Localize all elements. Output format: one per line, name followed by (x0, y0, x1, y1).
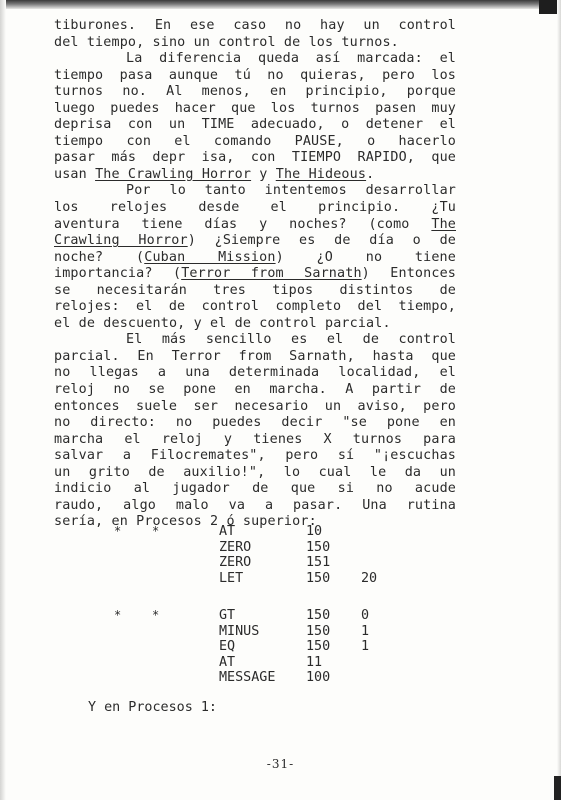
code-row: MINUS1501 (54, 624, 456, 640)
code-command: ZERO (219, 555, 251, 571)
text-line: entonces suele ser necesario un aviso, p… (54, 399, 456, 416)
underlined-title: Crawling Horror (54, 233, 188, 248)
scan-edge-left (0, 0, 6, 800)
code-arg-1: 10 (306, 524, 322, 540)
code-command: MESSAGE (219, 670, 275, 686)
text-line: salvar a Filocremates", pero sí "¡escuch… (54, 448, 456, 465)
code-row: EQ1501 (54, 639, 456, 655)
text-line: El más sencillo es el de control (54, 332, 456, 349)
underlined-title: The (431, 217, 456, 232)
code-arg-2: 0 (361, 608, 369, 624)
asterisk-icon: * (114, 524, 121, 540)
text-line: turnos no. Al menos, en principio, porqu… (54, 84, 456, 101)
text-line: el de descuento, y el de control parcial… (54, 316, 456, 333)
text-line: Crawling Horror) ¿Siempre es de día o de (54, 233, 456, 250)
code-row: AT11 (54, 655, 456, 671)
code-row: MESSAGE100 (54, 670, 456, 686)
underlined-title: Cuban Mission (144, 250, 275, 265)
text-line: tiburones. En ese caso no hay un control (54, 18, 456, 35)
code-command: GT (219, 608, 235, 624)
closing-line: Y en Procesos 1: (88, 700, 217, 715)
code-command: AT (219, 655, 235, 671)
text-line: del tiempo, sino un control de los turno… (54, 35, 456, 52)
code-arg-1: 150 (306, 639, 330, 655)
scan-edge-right (557, 0, 561, 800)
code-arg-2: 1 (361, 639, 369, 655)
code-command: AT (219, 524, 235, 540)
code-arg-1: 11 (306, 655, 322, 671)
body-text: tiburones. En ese caso no hay un control… (54, 18, 456, 531)
code-command: EQ (219, 639, 235, 655)
text-line: noche? (Cuban Mission) ¿O no tiene (54, 250, 456, 267)
code-arg-2: 20 (361, 571, 377, 587)
asterisk-icon: * (114, 608, 121, 624)
code-row: ZERO151 (54, 555, 456, 571)
text-line: relojes: el de control completo del tiem… (54, 299, 456, 316)
text-line: Por lo tanto intentemos desarrollar (54, 183, 456, 200)
text-line: luego puedes hacer que los turnos pasen … (54, 101, 456, 118)
code-arg-1: 150 (306, 540, 330, 556)
code-arg-2: 1 (361, 624, 369, 640)
text-line: un grito de auxilio!", lo cual le da un (54, 465, 456, 482)
text-line: los relojes desde el principio. ¿Tu (54, 200, 456, 217)
code-arg-1: 150 (306, 571, 330, 587)
asterisk-icon: * (152, 608, 159, 624)
code-arg-1: 150 (306, 624, 330, 640)
text-line: parcial. En Terror from Sarnath, hasta q… (54, 349, 456, 366)
page-number: -31- (0, 757, 561, 771)
code-arg-1: 100 (306, 670, 330, 686)
code-command: ZERO (219, 540, 251, 556)
code-arg-1: 150 (306, 608, 330, 624)
text-line: aventura tiene días y noches? (como The (54, 217, 456, 234)
text-line: se necesitarán tres tipos distintos de (54, 283, 456, 300)
text-line: marcha el reloj y tienes X turnos para (54, 432, 456, 449)
text-line: raudo, algo malo va a pasar. Una rutina (54, 498, 456, 515)
code-command: MINUS (219, 624, 259, 640)
asterisk-icon: * (152, 524, 159, 540)
text-line: deprisa con un TIME adecuado, o detener … (54, 117, 456, 134)
text-line: indicio al jugador de que si no acude (54, 481, 456, 498)
underlined-title: The Crawling Horror (95, 167, 251, 182)
code-row: ZERO150 (54, 540, 456, 556)
text-line: reloj no se pone en marcha. A partir de (54, 382, 456, 399)
text-line: La diferencia queda así marcada: el (54, 51, 456, 68)
scan-edge-bottom-right (554, 776, 561, 800)
code-row: **GT1500 (54, 608, 456, 624)
text-line: importancia? (Terror from Sarnath) Enton… (54, 266, 456, 283)
text-line: no directo: no puedes decir "se pone en (54, 415, 456, 432)
text-line: pasar más depr isa, con TIEMPO RAPIDO, q… (54, 150, 456, 167)
code-arg-1: 151 (306, 555, 330, 571)
text-line: usan The Crawling Horror y The Hideous. (54, 167, 456, 184)
underlined-title: Terror from Sarnath (181, 266, 361, 281)
code-row: LET15020 (54, 571, 456, 587)
scan-edge-top (0, 0, 561, 9)
underlined-title: The Hideous (276, 167, 366, 182)
text-line: tiempo pasa aunque tú no quieras, pero l… (54, 68, 456, 85)
code-spacer (54, 586, 456, 608)
code-command: LET (219, 571, 243, 587)
text-line: no llegas a una determinada localidad, e… (54, 365, 456, 382)
text-line: tiempo con el comando PAUSE, o hacerlo (54, 134, 456, 151)
code-row: **AT10 (54, 524, 456, 540)
code-listing: **AT10ZERO150ZERO151LET15020**GT1500MINU… (54, 524, 456, 686)
